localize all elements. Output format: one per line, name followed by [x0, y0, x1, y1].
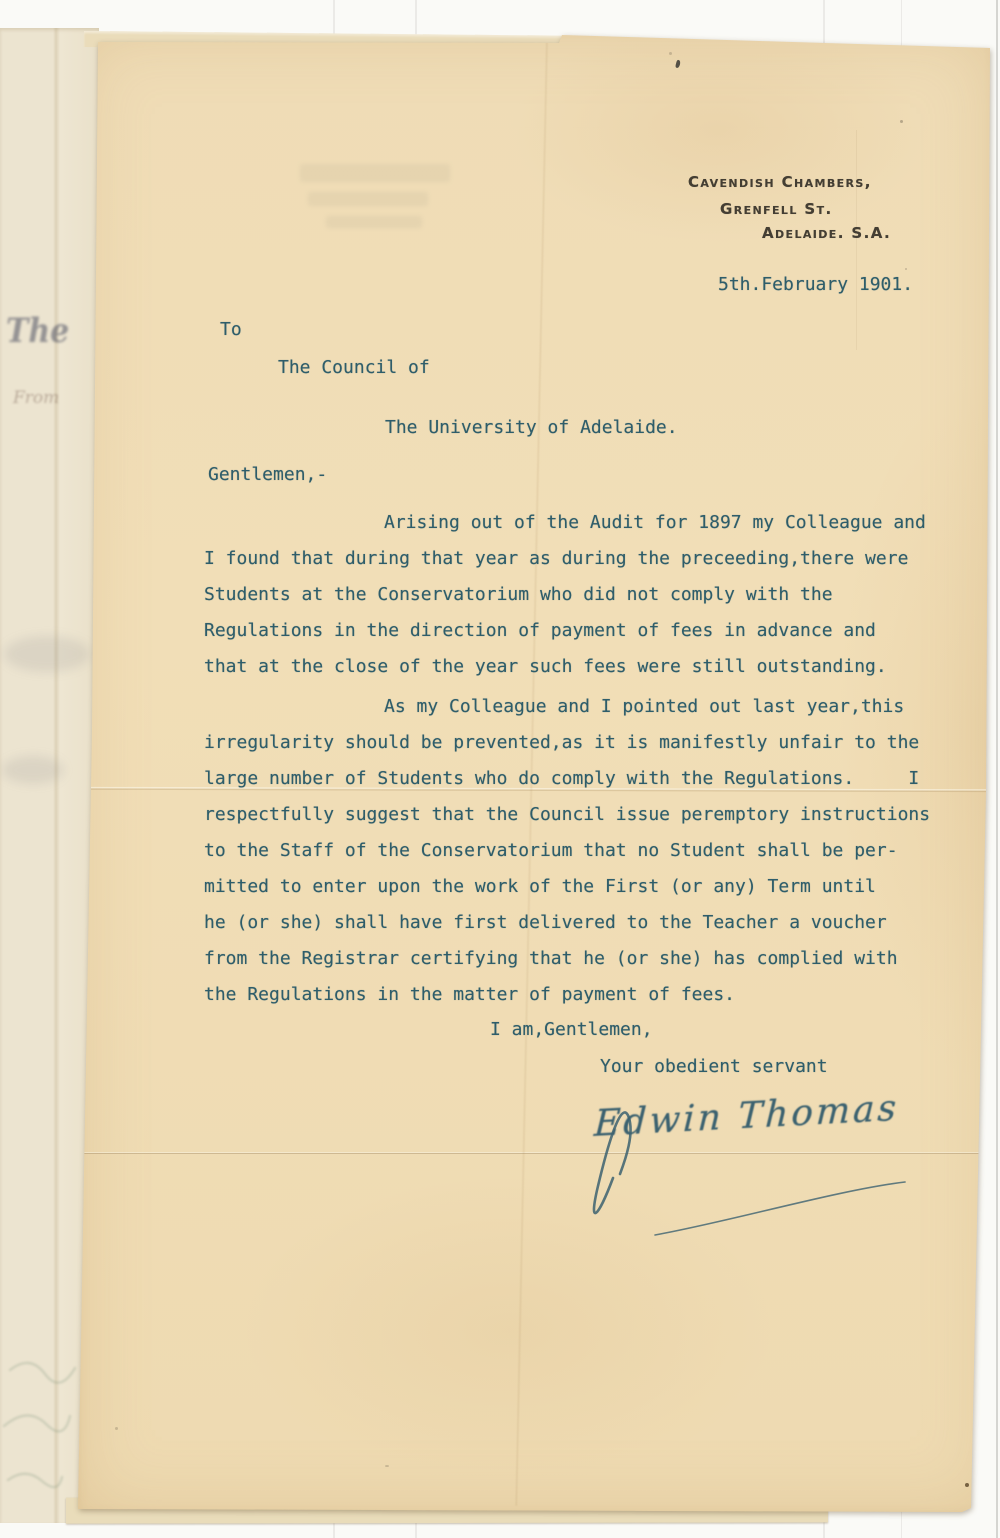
body-line: Students at the Conservatorium who did n… [204, 585, 833, 605]
letterhead-line2: Grenfell St. [720, 200, 833, 218]
body-line: I found that during that year as during … [204, 549, 908, 569]
body-line: respectfully suggest that the Council is… [204, 805, 930, 825]
body-line: As my Colleague and I pointed out last y… [384, 697, 904, 717]
paper-speck [900, 120, 903, 123]
paper-speck [115, 1427, 118, 1430]
bleed-through-patch [326, 216, 422, 228]
paper-speck [385, 1465, 389, 1467]
body-line: Arising out of the Audit for 1897 my Col… [384, 513, 926, 533]
body-line: Regulations in the direction of payment … [204, 621, 876, 641]
ghost-from-text: From [13, 388, 59, 408]
ghost-masthead-text: The [6, 312, 69, 351]
closing-line1: I am,Gentlemen, [490, 1020, 653, 1040]
body-line: from the Registrar certifying that he (o… [204, 949, 898, 969]
body-line: irregularity should be prevented,as it i… [204, 733, 919, 753]
letter-sheet: Cavendish Chambers, Grenfell St. Adelaid… [78, 30, 994, 1514]
body-line: that at the close of the year such fees … [204, 657, 887, 677]
paper-speck [675, 60, 681, 69]
paper-speck [965, 1483, 969, 1487]
recipient-council: The Council of [278, 358, 430, 378]
scan-edge-shadow [996, 0, 998, 1538]
letter-sheet-wrap: Cavendish Chambers, Grenfell St. Adelaid… [78, 30, 994, 1514]
scanned-letter-scene: The From Cavendish Chambers, Grenfell St… [0, 0, 1000, 1538]
paper-speck [905, 268, 907, 270]
bleed-through-patch [300, 164, 450, 182]
recipient-to: To [220, 320, 242, 340]
bleed-through-patch [308, 192, 428, 206]
body-line: he (or she) shall have first delivered t… [204, 913, 887, 933]
date-line: 5th.February 1901. [718, 275, 913, 295]
letterhead-line1: Cavendish Chambers, [688, 173, 872, 191]
body-line: to the Staff of the Conservatorium that … [204, 841, 898, 861]
recipient-university: The University of Adelaide. [385, 418, 678, 438]
body-line: the Regulations in the matter of payment… [204, 985, 735, 1005]
body-line: mitted to enter upon the work of the Fir… [204, 877, 876, 897]
body-line: large number of Students who do comply w… [204, 769, 919, 789]
letterhead-line3: Adelaide. S.A. [762, 224, 891, 242]
ink-bleed-smudge [2, 756, 64, 784]
salutation: Gentlemen,- [208, 465, 327, 485]
paper-speck [669, 52, 672, 55]
